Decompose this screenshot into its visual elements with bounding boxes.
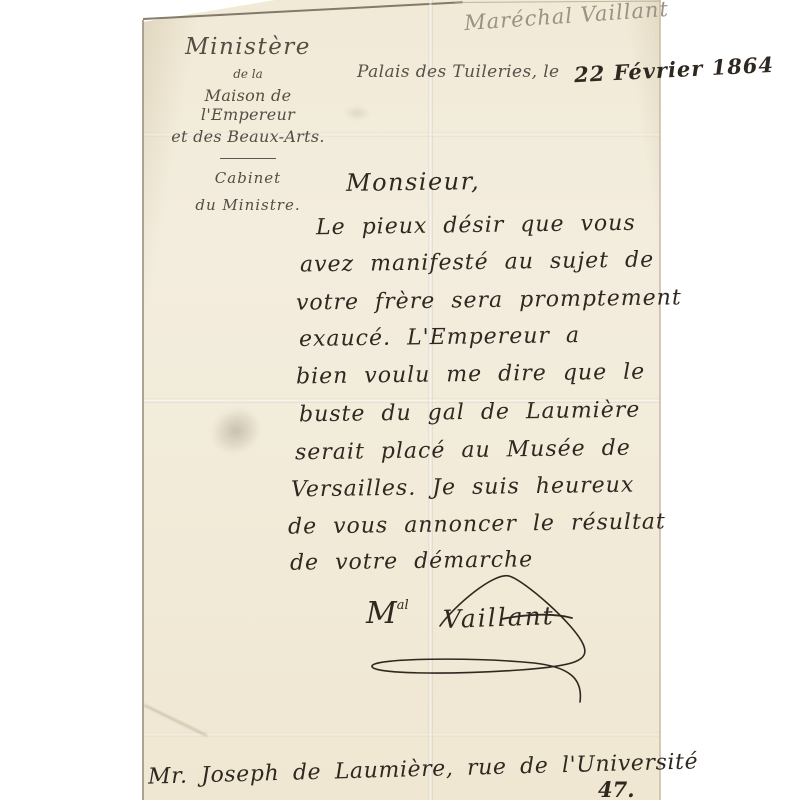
letterhead-du-ministre: du Ministre. [160,196,336,214]
letterhead-cabinet: Cabinet [160,169,336,187]
signature-initial: Mal [366,596,409,631]
body-line: Le pieux désir que vous [316,211,636,240]
body-line: buste du gal de Laumière [299,398,641,428]
signature-name: Vaillant [443,601,556,634]
horizontal-fold-line-lower [144,732,659,737]
body-line: de vous annoncer le résultat [288,509,666,539]
salutation: Monsieur, [346,167,480,197]
dateline-printed-text: Palais des Tuileries, le [357,62,560,82]
signature-flourish [352,562,652,717]
letterhead: Ministère de la Maison de l'Empereur et … [160,34,336,214]
signature-initial-letter: M [366,596,397,631]
letterhead-ministere: Ministère [160,34,336,60]
letterhead-beaux-arts: et des Beaux-Arts. [160,127,336,146]
letterhead-divider-rule [220,158,276,159]
body-line: exaucé. L'Empereur a [299,323,580,352]
dateline-handwritten-date: 22 Février 1864 [573,52,774,87]
paper-right-edge [659,0,661,800]
body-line: Versailles. Je suis heureux [291,473,635,503]
scanned-letter-photo: Maréchal Vaillant Ministère de la Maison… [0,0,800,800]
letterhead-maison: Maison de l'Empereur [160,86,336,124]
body-line: avez manifesté au sujet de [300,248,654,278]
recipient-street-number: 47. [598,777,635,800]
dateline: Palais des Tuileries, le 22 Février 1864 [357,57,774,82]
body-line: serait placé au Musée de [295,436,631,466]
body-line: bien voulu me dire que le [296,360,646,390]
signature-superscript: al [397,598,409,613]
paper-left-edge [142,20,144,800]
letterhead-de-la: de la [160,67,336,81]
